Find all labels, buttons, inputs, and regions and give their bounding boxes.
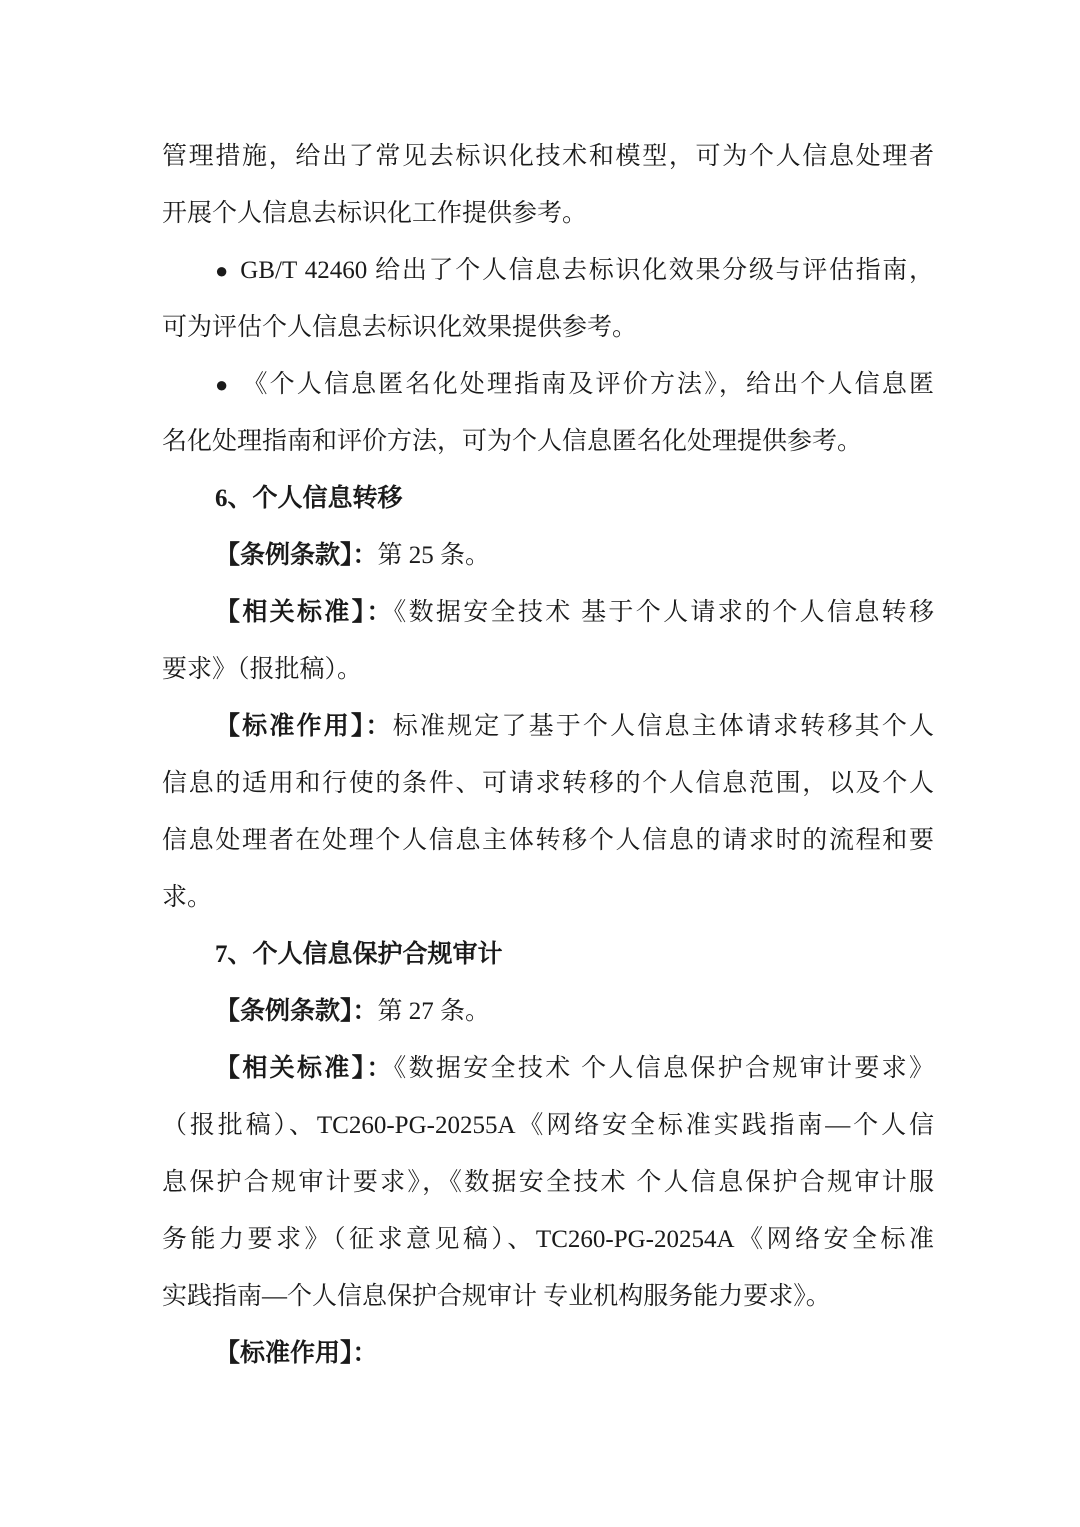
line-text: 信息处理者在处理个人信息主体转移个人信息的请求时的流程和要 (162, 827, 934, 854)
text-line: 【标准作用】：标准规定了基于个人信息主体请求转移其个人 (162, 698, 934, 755)
document-text-block: 管理措施，给出了常见去标识化技术和模型，可为个人信息处理者 开展个人信息去标识化… (162, 128, 934, 1382)
heading-text: 6、个人信息转移 (215, 485, 403, 512)
text-line: 求。 (162, 869, 934, 926)
line-text: 第 25 条。 (378, 542, 491, 569)
line-text: 《数据安全技术 个人信息保护合规审计要求》 (394, 1055, 934, 1082)
line-text: 要求》（报批稿）。 (162, 656, 362, 683)
text-line: 开展个人信息去标识化工作提供参考。 (162, 185, 934, 242)
field-label: 【相关标准】： (215, 1055, 394, 1082)
text-line: 信息的适用和行使的条件、可请求转移的个人信息范围，以及个人 (162, 755, 934, 812)
text-line: 【相关标准】：《数据安全技术 基于个人请求的个人信息转移 (162, 584, 934, 641)
text-line: 务能力要求》（征求意见稿）、TC260-PG-20254A《网络安全标准 (162, 1211, 934, 1268)
line-text: 息保护合规审计要求》，《数据安全技术 个人信息保护合规审计服 (162, 1169, 934, 1196)
text-line: ●《个人信息匿名化处理指南及评价方法》，给出个人信息匿 (162, 356, 934, 413)
line-text: 《个人信息匿名化处理指南及评价方法》，给出个人信息匿 (240, 371, 934, 398)
line-text: 开展个人信息去标识化工作提供参考。 (162, 200, 587, 227)
document-page: 管理措施，给出了常见去标识化技术和模型，可为个人信息处理者 开展个人信息去标识化… (0, 0, 1080, 1527)
text-line: ●GB/T 42460 给出了个人信息去标识化效果分级与评估指南， (162, 242, 934, 299)
line-text: 实践指南—个人信息保护合规审计 专业机构服务能力要求》。 (162, 1283, 831, 1310)
bullet-icon: ● (215, 242, 228, 299)
line-text: 标准规定了基于个人信息主体请求转移其个人 (393, 713, 934, 740)
heading-text: 7、个人信息保护合规审计 (215, 941, 503, 968)
line-text: 第 27 条。 (378, 998, 491, 1025)
line-text: （报批稿）、TC260-PG-20255A《网络安全标准实践指南—个人信 (162, 1112, 934, 1139)
text-line: 息保护合规审计要求》，《数据安全技术 个人信息保护合规审计服 (162, 1154, 934, 1211)
text-line: 要求》（报批稿）。 (162, 641, 934, 698)
text-line: 管理措施，给出了常见去标识化技术和模型，可为个人信息处理者 (162, 128, 934, 185)
line-text: 务能力要求》（征求意见稿）、TC260-PG-20254A《网络安全标准 (162, 1226, 934, 1253)
field-label: 【条例条款】： (215, 542, 378, 569)
line-text: 求。 (162, 884, 212, 911)
text-line: 【条例条款】：第 27 条。 (162, 983, 934, 1040)
text-line: （报批稿）、TC260-PG-20255A《网络安全标准实践指南—个人信 (162, 1097, 934, 1154)
field-label: 【标准作用】： (215, 713, 393, 740)
field-label: 【条例条款】： (215, 998, 378, 1025)
text-line: 可为评估个人信息去标识化效果提供参考。 (162, 299, 934, 356)
section-heading: 6、个人信息转移 (162, 470, 934, 527)
bullet-icon: ● (215, 356, 228, 413)
field-label: 【相关标准】： (215, 599, 394, 626)
text-line: 信息处理者在处理个人信息主体转移个人信息的请求时的流程和要 (162, 812, 934, 869)
text-line: 实践指南—个人信息保护合规审计 专业机构服务能力要求》。 (162, 1268, 934, 1325)
line-text: 可为评估个人信息去标识化效果提供参考。 (162, 314, 637, 341)
line-text: 名化处理指南和评价方法，可为个人信息匿名化处理提供参考。 (162, 428, 862, 455)
line-text: 管理措施，给出了常见去标识化技术和模型，可为个人信息处理者 (162, 143, 934, 170)
text-line: 【相关标准】：《数据安全技术 个人信息保护合规审计要求》 (162, 1040, 934, 1097)
line-text: GB/T 42460 给出了个人信息去标识化效果分级与评估指南， (240, 257, 934, 284)
field-label: 【标准作用】： (215, 1340, 378, 1367)
text-line: 【条例条款】：第 25 条。 (162, 527, 934, 584)
text-line: 名化处理指南和评价方法，可为个人信息匿名化处理提供参考。 (162, 413, 934, 470)
section-heading: 7、个人信息保护合规审计 (162, 926, 934, 983)
text-line: 【标准作用】： (162, 1325, 934, 1382)
line-text: 信息的适用和行使的条件、可请求转移的个人信息范围，以及个人 (162, 770, 934, 797)
line-text: 《数据安全技术 基于个人请求的个人信息转移 (394, 599, 934, 626)
